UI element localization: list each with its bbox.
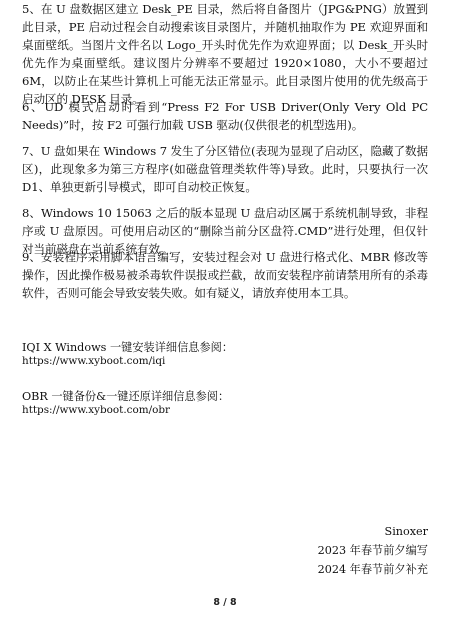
- signature-supplemented-date: 2024 年春节前夕补充: [318, 563, 428, 577]
- signature-written-date: 2023 年春节前夕编写: [318, 544, 428, 558]
- iqi-info-url[interactable]: https://www.xyboot.com/iqi: [22, 355, 322, 368]
- obr-info-url[interactable]: https://www.xyboot.com/obr: [22, 404, 322, 417]
- document-page: 5、在 U 盘数据区建立 Desk_PE 目录，然后将自备图片（JPG&PNG）…: [0, 0, 450, 636]
- paragraph-9: 9、安装程序采用脚本语言编写，安装过程会对 U 盘进行格式化、MBR 修改等操作…: [22, 248, 428, 302]
- obr-info-title: OBR 一键备份&一键还原详细信息参阅：: [22, 389, 322, 404]
- iqi-info-block: IQI X Windows 一键安装详细信息参阅： https://www.xy…: [22, 340, 322, 368]
- paragraph-6: 6、UD 模式启动时看到“Press F2 For USB Driver(Onl…: [22, 98, 428, 134]
- signature-author: Sinoxer: [385, 525, 428, 539]
- paragraph-5: 5、在 U 盘数据区建立 Desk_PE 目录，然后将自备图片（JPG&PNG）…: [22, 0, 428, 108]
- paragraph-7: 7、U 盘如果在 Windows 7 发生了分区错位(表现为显现了启动区，隐藏了…: [22, 142, 428, 196]
- page-number: 8 / 8: [0, 597, 450, 608]
- iqi-info-title: IQI X Windows 一键安装详细信息参阅：: [22, 340, 322, 355]
- obr-info-block: OBR 一键备份&一键还原详细信息参阅： https://www.xyboot.…: [22, 389, 322, 417]
